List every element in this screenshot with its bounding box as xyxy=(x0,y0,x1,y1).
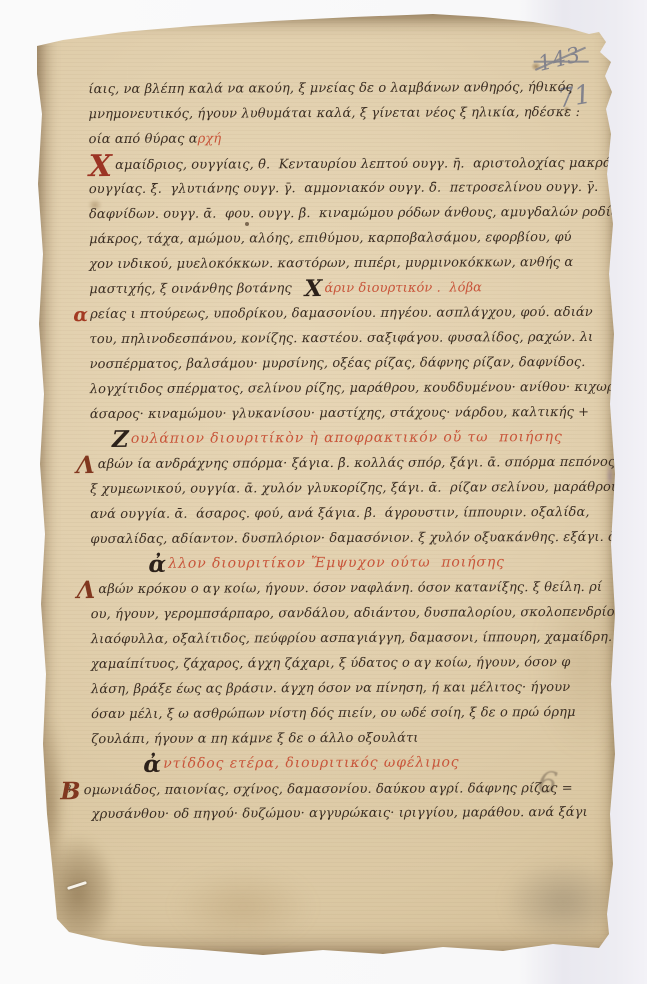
manuscript-text-line: ίαις, να βλέπη καλά να ακούη, ξ μνείας δ… xyxy=(88,75,593,102)
text-segment: νοσπέρματος, βαλσάμου· μυρσίνης, οξέας ρ… xyxy=(90,355,586,372)
manuscript-text-line: ουγγίας. ξ̄. γλυτιάνης ουγγ. γ̄. αμμονια… xyxy=(89,175,594,202)
manuscript-text-line: οία από θύρας αρχή xyxy=(89,125,594,152)
text-segment: του, πηλινοδεσπάνου, κονίζης. καστέου. σ… xyxy=(89,330,593,347)
rubric-text: ντίδδος ετέρα, διουριτικός ωφέλιμος xyxy=(163,754,459,771)
text-segment: άσαρος· κιναμώμου· γλυκανίσου· μαστίχης,… xyxy=(90,405,589,422)
text-segment: ομωνιάδος, παιονίας, σχίνος, δαμασονίου.… xyxy=(84,781,573,798)
text-segment: δαφνίδων. ουγγ. ᾱ. φου. ουγγ. β̄. κιναμώ… xyxy=(89,205,630,222)
bottom-left-stain xyxy=(39,834,117,952)
text-segment: αβών ία ανδράχνης σπόρμα· ξάγια. β̄. κολ… xyxy=(98,455,620,472)
drop-cap-initial: Λ xyxy=(76,450,95,479)
manuscript-text-line: λιαόφυλλα, οξαλίτιδος, πεύφρίου ασπαγιάγ… xyxy=(91,625,596,652)
manuscript-text-block: ίαις, να βλέπη καλά να ακούη, ξ μνείας δ… xyxy=(88,75,596,827)
text-segment: μνημονευτικός, ήγουν λυθυμάται καλά, ξ γ… xyxy=(88,105,580,122)
text-segment: χρυσάνθου· οδ πηγού· δυζώμου· αγγυρώκαις… xyxy=(92,805,588,822)
drop-cap-initial: ἀ xyxy=(148,551,166,578)
text-segment: οία από θύρας α xyxy=(89,132,198,147)
text-segment: μαστιχής, ξ οινάνθης βοτάνης xyxy=(89,281,304,297)
text-segment: όσαν μέλι, ξ ω ασθρώπων νίστη δός πιείν,… xyxy=(91,705,575,722)
text-segment: αμαίδριος, ουγγίαις, θ̄. Κενταυρίου λεπτ… xyxy=(115,156,619,173)
text-segment: ουγγίας. ξ̄. γλυτιάνης ουγγ. γ̄. αμμονια… xyxy=(89,180,599,197)
manuscript-text-line: μαστιχής, ξ οινάνθης βοτάνης Χάριν διουρ… xyxy=(89,275,594,302)
rubric-text: ουλάπιον διουριτίκὸν ὴ αποφρακτικόν οὔ τ… xyxy=(131,429,563,447)
rubric-heading-line: ἀντίδδος ετέρα, διουριτικός ωφέλιμος xyxy=(91,750,596,777)
manuscript-text-line: μάκρος, τάχα, αμώμου, αλόης, επιθύμου, κ… xyxy=(89,225,594,252)
manuscript-text-line: αρείας ι πτούρεως, υποδρίκου, δαμασονίου… xyxy=(89,300,594,327)
text-segment: ζουλάπι, ήγουν α πη κάμνε ξ δε ο άλλο οξ… xyxy=(91,731,418,747)
paper-scratch xyxy=(67,881,87,890)
manuscript-text-line: ζουλάπι, ήγουν α πη κάμνε ξ δε ο άλλο οξ… xyxy=(91,725,596,752)
manuscript-text-line: ου, ήγουν, γερομπσάρπαρο, σανδάλου, αδιά… xyxy=(91,600,596,627)
manuscript-text-line: χρυσάνθου· οδ πηγού· δυζώμου· αγγυρώκαις… xyxy=(92,800,597,827)
manuscript-text-line: ξ χυμεωνικού, ουγγία. ᾱ. χυλόν γλυκορίζη… xyxy=(90,475,595,502)
scan-background: 143 71 6 ίαις, να βλέπη καλά να ακούη, ξ… xyxy=(0,0,647,984)
rubric-text: ρχή xyxy=(198,132,222,147)
manuscript-text-line: λογχίτιδος σπέρματος, σελίνου ρίζης, μαρ… xyxy=(90,375,595,402)
manuscript-text-line: νοσπέρματος, βαλσάμου· μυρσίνης, οξέας ρ… xyxy=(90,350,595,377)
manuscript-text-line: φυσαλίδας, αδίαντον. δυσπλόριον· δαμασόν… xyxy=(90,525,595,552)
manuscript-text-line: χον ινδικού, μυελοκόκκων. καστόρων, πιπέ… xyxy=(89,250,594,277)
text-segment: φυσαλίδας, αδίαντον. δυσπλόριον· δαμασόν… xyxy=(90,530,621,547)
text-segment: αβών κρόκου ο αγ κοίω, ήγουν. όσον ναφλά… xyxy=(98,580,602,597)
manuscript-text-line: ανά ουγγία. ᾱ. άσαρος. φού, ανά ξάγια. β… xyxy=(90,500,595,527)
text-segment: μάκρος, τάχα, αμώμου, αλόης, επιθύμου, κ… xyxy=(89,230,572,247)
manuscript-text-line: μνημονευτικός, ήγουν λυθυμάται καλά, ξ γ… xyxy=(88,100,593,127)
text-segment: λιαόφυλλα, οξαλίτιδος, πεύφρίου ασπαγιάγ… xyxy=(91,630,612,647)
drop-cap-initial: ἀ xyxy=(143,751,161,778)
manuscript-text-line: όσαν μέλι, ξ ω ασθρώπων νίστη δός πιείν,… xyxy=(91,700,596,727)
text-segment: λογχίτιδος σπέρματος, σελίνου ρίζης, μαρ… xyxy=(90,380,625,397)
rubric-heading-line: ἀλλον διουριτίκον Ἔμψυχον ούτω ποιήσης xyxy=(90,550,595,577)
bottom-center-stain xyxy=(173,869,313,944)
text-segment: ίαις, να βλέπη καλά να ακούη, ξ μνείας δ… xyxy=(88,80,573,97)
manuscript-text-line: Χαμαίδριος, ουγγίαις, θ̄. Κενταυρίου λεπ… xyxy=(89,150,594,177)
drop-cap-initial: α xyxy=(73,304,88,326)
text-segment: χαμαίπίτυος, ζάχαρος, άγχη ζάχαρι, ξ ύδα… xyxy=(91,655,571,672)
text-segment: ανά ουγγία. ᾱ. άσαρος. φού, ανά ξάγια. β… xyxy=(90,505,589,522)
text-segment: ου, ήγουν, γερομπσάρπαρο, σανδάλου, αδιά… xyxy=(91,605,647,622)
crossed-out-foliation-number: 143 xyxy=(536,42,584,76)
manuscript-text-line: άσαρος· κιναμώμου· γλυκανίσου· μαστίχης,… xyxy=(90,400,595,427)
drop-cap-initial: Ζ xyxy=(112,426,129,453)
manuscript-text-line: χαμαίπίτυος, ζάχαρος, άγχη ζάχαρι, ξ ύδα… xyxy=(91,650,596,677)
manuscript-text-line: του, πηλινοδεσπάνου, κονίζης. καστέου. σ… xyxy=(89,325,594,352)
text-segment: χον ινδικού, μυελοκόκκων. καστόρων, πιπέ… xyxy=(89,255,573,272)
manuscript-text-line: βΒομωνιάδος, παιονίας, σχίνος, δαμασονίο… xyxy=(91,775,596,802)
rubric-text: άριν διουρτικόν . λόβα xyxy=(324,280,482,296)
manuscript-page: 143 71 6 ίαις, να βλέπη καλά να ακούη, ξ… xyxy=(33,14,618,958)
text-segment: ρείας ι πτούρεως, υποδρίκου, δαμασονίου.… xyxy=(90,305,593,322)
text-segment: λάση, βράξε έως ας βράσιν. άγχη όσον να … xyxy=(91,680,570,697)
drop-cap-initial: Β xyxy=(60,776,81,805)
manuscript-text-line: Λαβών κρόκου ο αγ κοίω, ήγουν. όσον ναφλ… xyxy=(91,575,596,602)
rubric-text: λλον διουριτίκον Ἔμψυχον ούτω ποιήσης xyxy=(168,554,505,571)
manuscript-text-line: Λαβών ία ανδράχνης σπόρμα· ξάγια. β̄. κο… xyxy=(90,450,595,477)
text-segment: ξ χυμεωνικού, ουγγία. ᾱ. χυλόν γλυκορίζη… xyxy=(90,480,619,497)
bottom-right-smudge xyxy=(503,859,623,944)
rubric-heading-line: Ζουλάπιον διουριτίκὸν ὴ αποφρακτικόν οὔ … xyxy=(90,425,595,452)
drop-cap-initial: Λ xyxy=(77,575,96,604)
manuscript-text-line: λάση, βράξε έως ας βράσιν. άγχη όσον να … xyxy=(91,675,596,702)
manuscript-text-line: δαφνίδων. ουγγ. ᾱ. φου. ουγγ. β̄. κιναμώ… xyxy=(89,200,594,227)
drop-cap-initial: Χ xyxy=(304,275,322,302)
